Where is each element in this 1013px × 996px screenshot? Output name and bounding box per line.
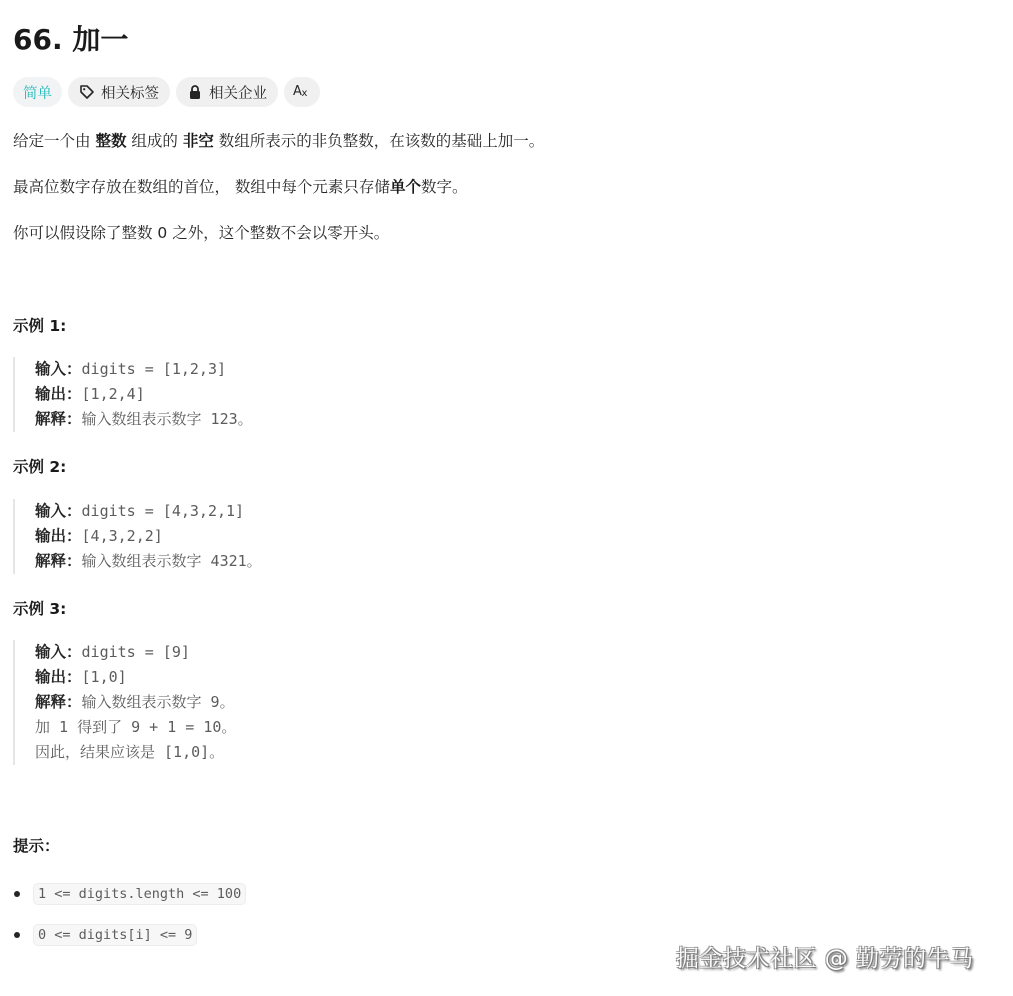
input-value: digits = [9] [82, 643, 190, 661]
example-explanation: 解释：输入数组表示数字 4321。 [35, 549, 262, 574]
statement-paragraph-2: 最高位数字存放在数组的首位， 数组中每个元素只存储单个数字。 [13, 174, 544, 200]
input-value: digits = [1,2,3] [82, 360, 227, 378]
example-2-heading: 示例 2: [13, 455, 66, 477]
input-label: 输入： [35, 360, 82, 378]
output-value: [1,0] [82, 668, 127, 686]
example-2-block: 输入：digits = [4,3,2,1] 输出：[4,3,2,2] 解释：输入… [13, 499, 262, 574]
example-output: 输出：[1,2,4] [35, 382, 253, 407]
explanation-extra-line: 因此，结果应该是 [1,0]。 [35, 740, 236, 765]
explanation-label: 解释： [35, 410, 82, 428]
text: 组成的 [126, 132, 182, 150]
statement-paragraph-1: 给定一个由 整数 组成的 非空 数组所表示的非负整数，在该数的基础上加一。 [13, 128, 544, 154]
output-label: 输出： [35, 668, 82, 686]
constraint-code: 1 <= digits.length <= 100 [33, 883, 246, 905]
input-value: digits = [4,3,2,1] [82, 502, 245, 520]
related-tags-label: 相关标签 [101, 82, 159, 103]
output-value: [4,3,2,2] [82, 527, 163, 545]
example-1-heading: 示例 1: [13, 314, 66, 336]
lock-icon [187, 84, 203, 100]
watermark: 掘金技术社区 @ 勤劳的牛马 [676, 940, 974, 973]
explanation-label: 解释： [35, 552, 82, 570]
explanation-value: 输入数组表示数字 123。 [82, 410, 253, 428]
bold-text: 整数 [95, 132, 126, 150]
related-companies-button[interactable]: 相关企业 [176, 77, 278, 107]
text: 最高位数字存放在数组的首位， 数组中每个元素只存储 [13, 178, 390, 196]
text: 给定一个由 [13, 132, 95, 150]
translate-icon: Ax [293, 82, 311, 102]
explanation-extra-line: 加 1 得到了 9 + 1 = 10。 [35, 715, 236, 740]
example-input: 输入：digits = [4,3,2,1] [35, 499, 262, 524]
text: 数组所表示的非负整数，在该数的基础上加一。 [214, 132, 544, 150]
difficulty-label: 简单 [23, 82, 52, 103]
example-3-heading: 示例 3: [13, 597, 66, 619]
example-3-block: 输入：digits = [9] 输出：[1,0] 解释：输入数组表示数字 9。 … [13, 640, 236, 765]
example-1-block: 输入：digits = [1,2,3] 输出：[1,2,4] 解释：输入数组表示… [13, 357, 253, 432]
constraint-item: 1 <= digits.length <= 100 [13, 880, 246, 908]
translate-button[interactable]: Ax [284, 77, 320, 107]
input-label: 输入： [35, 502, 82, 520]
output-label: 输出： [35, 527, 82, 545]
example-output: 输出：[1,0] [35, 665, 236, 690]
constraints-heading: 提示： [13, 834, 60, 856]
constraint-code: 0 <= digits[i] <= 9 [33, 924, 197, 946]
text: 数字。 [421, 178, 468, 196]
input-label: 输入： [35, 643, 82, 661]
bullet-icon [14, 932, 20, 938]
constraints-list: 1 <= digits.length <= 100 0 <= digits[i]… [13, 880, 246, 962]
explanation-label: 解释： [35, 693, 82, 711]
example-explanation: 解释：输入数组表示数字 9。 [35, 690, 236, 715]
related-tags-button[interactable]: 相关标签 [68, 77, 170, 107]
output-value: [1,2,4] [82, 385, 145, 403]
problem-title: 66. 加一 [13, 18, 128, 58]
example-input: 输入：digits = [9] [35, 640, 236, 665]
example-explanation: 解释：输入数组表示数字 123。 [35, 407, 253, 432]
constraint-item: 0 <= digits[i] <= 9 [13, 921, 246, 949]
example-input: 输入：digits = [1,2,3] [35, 357, 253, 382]
explanation-value: 输入数组表示数字 4321。 [82, 552, 262, 570]
related-companies-label: 相关企业 [209, 82, 267, 103]
bold-text: 非空 [183, 132, 214, 150]
explanation-value: 输入数组表示数字 9。 [82, 693, 235, 711]
bold-text: 单个 [390, 178, 421, 196]
statement-paragraph-3: 你可以假设除了整数 0 之外，这个整数不会以零开头。 [13, 220, 544, 246]
problem-statement: 给定一个由 整数 组成的 非空 数组所表示的非负整数，在该数的基础上加一。 最高… [13, 128, 544, 266]
tag-bar: 简单 相关标签 相关企业 Ax [13, 77, 320, 107]
svg-text:x: x [302, 88, 308, 98]
bullet-icon [14, 891, 20, 897]
output-label: 输出： [35, 385, 82, 403]
difficulty-badge[interactable]: 简单 [13, 77, 62, 107]
tag-icon [79, 84, 95, 100]
example-output: 输出：[4,3,2,2] [35, 524, 262, 549]
